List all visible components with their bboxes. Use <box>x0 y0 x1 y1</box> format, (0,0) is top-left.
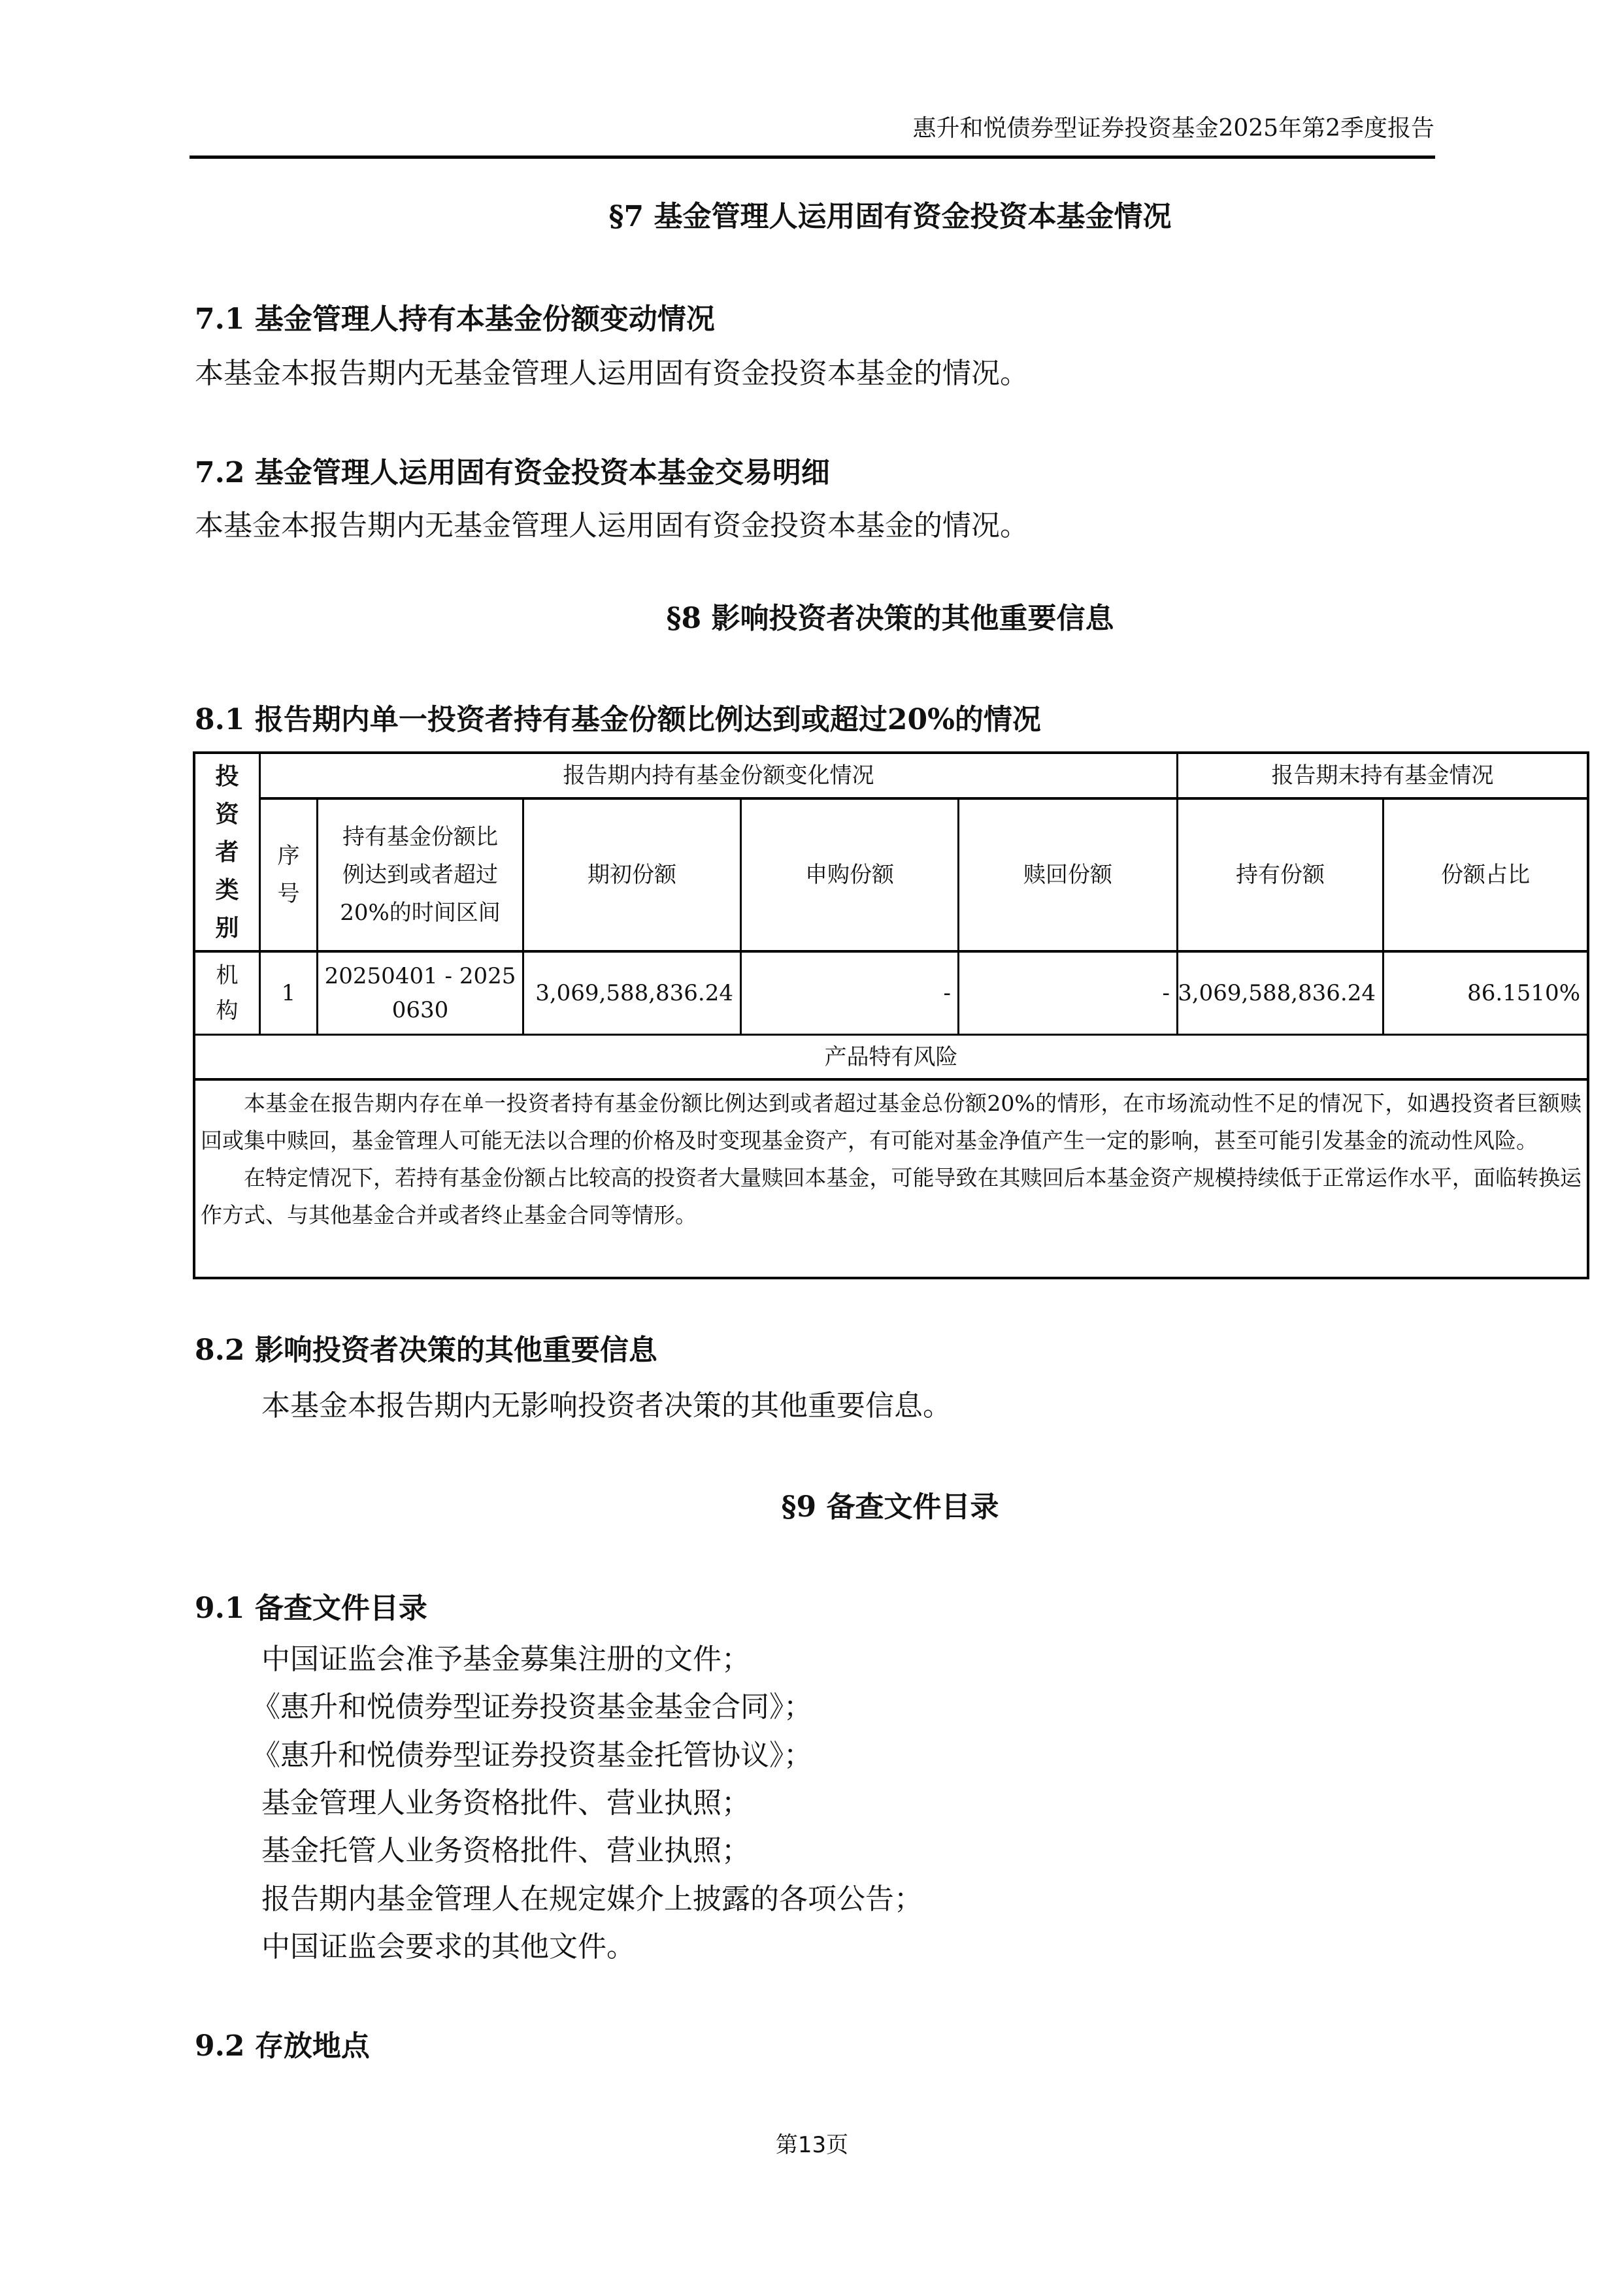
subsection-8-2-title: 8.2 影响投资者决策的其他重要信息 <box>195 1326 657 1368</box>
header-interval: 持有基金份额比 例达到或者超过 20%的时间区间 <box>318 800 522 950</box>
cell-redeemed-shares: - <box>959 953 1176 1034</box>
subsection-7-2-text: 本基金本报告期内无基金管理人运用固有资金投资本基金的情况。 <box>195 502 1029 544</box>
header-redeemed-shares: 赎回份额 <box>959 800 1176 950</box>
header-seq: 序 号 <box>261 800 316 950</box>
header-char: 资 <box>215 795 239 833</box>
header-investor-type: 投 资 者 类 别 <box>195 754 259 950</box>
subsection-8-2-text: 本基金本报告期内无影响投资者决策的其他重要信息。 <box>261 1382 952 1424</box>
document-list-item: 基金管理人业务资格批件、营业执照； <box>261 1779 750 1821</box>
document-list-item: 《惠升和悦债券型证券投资基金托管协议》； <box>252 1731 812 1773</box>
cell-interval: 20250401 - 2025 0630 <box>318 953 522 1034</box>
cell-line: 20250401 - 2025 <box>325 959 516 993</box>
page-number: 第13页 <box>0 2127 1624 2159</box>
header-char: 投 <box>215 757 239 795</box>
header-line: 持有基金份额比 <box>342 818 498 856</box>
subsection-8-1-title: 8.1 报告期内单一投资者持有基金份额比例达到或超过20%的情况 <box>195 696 1041 738</box>
risk-label: 产品特有风险 <box>195 1036 1587 1078</box>
cell-char: 构 <box>216 993 239 1028</box>
header-subscribed-shares: 申购份额 <box>742 800 957 950</box>
subsection-9-1-title: 9.1 备查文件目录 <box>195 1584 427 1626</box>
document-list-item: 报告期内基金管理人在规定媒介上披露的各项公告； <box>261 1875 923 1917</box>
risk-description: 本基金在报告期内存在单一投资者持有基金份额比例达到或者超过基金总份额20%的情形… <box>201 1085 1582 1234</box>
risk-paragraph: 本基金在报告期内存在单一投资者持有基金份额比例达到或者超过基金总份额20%的情形… <box>201 1085 1582 1159</box>
cell-char: 机 <box>216 958 239 993</box>
header-char: 号 <box>278 875 300 913</box>
subsection-7-1-title: 7.1 基金管理人持有本基金份额变动情况 <box>195 295 715 337</box>
cell-line: 0630 <box>392 993 449 1027</box>
header-opening-shares: 期初份额 <box>524 800 740 950</box>
header-char: 者 <box>215 833 239 871</box>
subsection-9-2-title: 9.2 存放地点 <box>195 2022 370 2064</box>
cell-investor-type: 机 构 <box>195 953 259 1034</box>
risk-paragraph: 在特定情况下，若持有基金份额占比较高的投资者大量赎回本基金，可能导致在其赎回后本… <box>201 1159 1582 1234</box>
subsection-7-1-text: 本基金本报告期内无基金管理人运用固有资金投资本基金的情况。 <box>195 350 1029 391</box>
header-share-ratio: 份额占比 <box>1384 800 1587 950</box>
document-list-item: 中国证监会准予基金募集注册的文件； <box>261 1635 750 1677</box>
header-char: 别 <box>215 909 239 947</box>
header-char: 序 <box>278 837 300 875</box>
cell-share-ratio: 86.1510% <box>1384 953 1587 1034</box>
running-header-title: 惠升和悦债券型证券投资基金2025年第2季度报告 <box>191 112 1434 145</box>
header-end-of-period: 报告期末持有基金情况 <box>1178 754 1587 797</box>
document-list-item: 《惠升和悦债券型证券投资基金基金合同》； <box>252 1683 812 1725</box>
section-8-title: §8 影响投资者决策的其他重要信息 <box>191 595 1589 636</box>
section-7-title: §7 基金管理人运用固有资金投资本基金情况 <box>191 193 1589 235</box>
document-list-item: 中国证监会要求的其他文件。 <box>261 1923 635 1965</box>
header-rule <box>190 156 1435 159</box>
cell-subscribed-shares: - <box>742 953 957 1034</box>
header-held-shares: 持有份额 <box>1178 800 1382 950</box>
subsection-7-2-title: 7.2 基金管理人运用固有资金投资本基金交易明细 <box>195 449 830 491</box>
investor-holdings-table: 投 资 者 类 别 报告期内持有基金份额变化情况 报告期末持有基金情况 序 号 … <box>193 751 1589 1279</box>
section-9-title: §9 备查文件目录 <box>191 1483 1589 1525</box>
cell-seq: 1 <box>261 953 316 1034</box>
cell-opening-shares: 3,069,588,836.24 <box>524 953 740 1034</box>
header-line: 例达到或者超过 <box>342 856 498 894</box>
document-list-item: 基金托管人业务资格批件、营业执照； <box>261 1827 750 1869</box>
header-char: 类 <box>215 871 239 909</box>
header-change-during-period: 报告期内持有基金份额变化情况 <box>261 754 1176 797</box>
cell-held-shares: 3,069,588,836.24 <box>1178 953 1382 1034</box>
header-line: 20%的时间区间 <box>340 894 501 932</box>
